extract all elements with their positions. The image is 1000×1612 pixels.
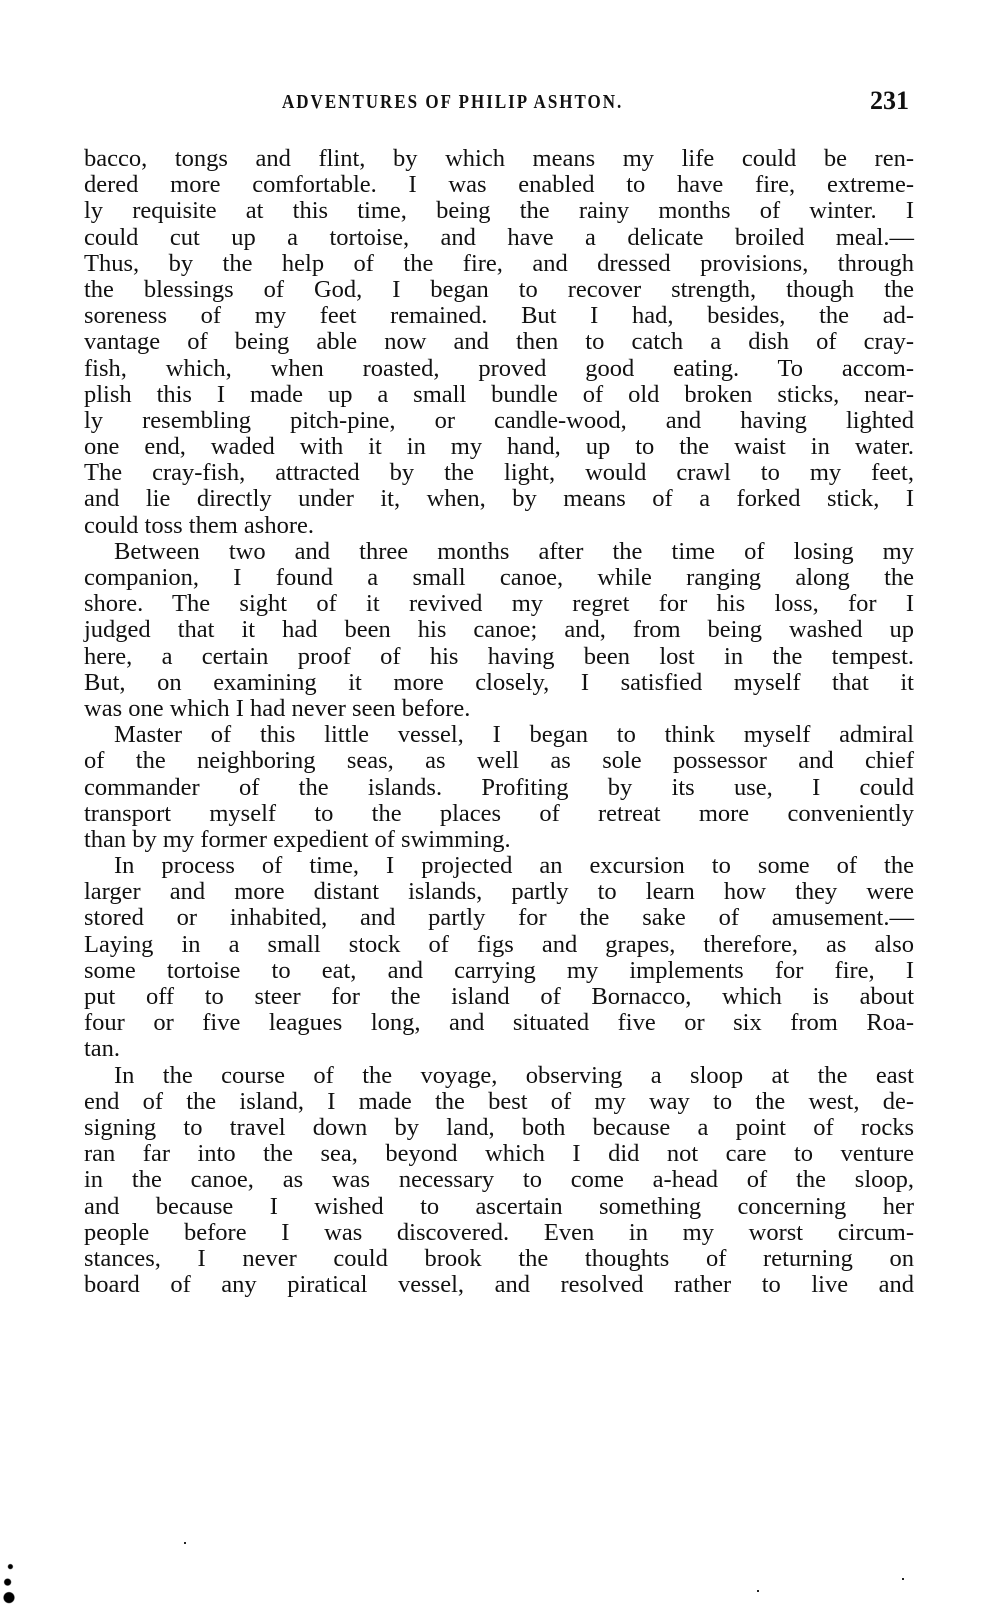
text-line: ly resembling pitch-pine, or candle-wood… [84, 408, 914, 434]
text-line: But, on examining it more closely, I sat… [84, 670, 914, 696]
text-line: end of the island, I made the best of my… [84, 1089, 914, 1115]
text-line: tan. [84, 1036, 914, 1062]
text-line: shore. The sight of it revived my regret… [84, 591, 914, 617]
text-line: In the course of the voyage, observing a… [84, 1063, 914, 1089]
text-line: transport myself to the places of retrea… [84, 801, 914, 827]
text-line: dered more comfortable. I was enabled to… [84, 172, 914, 198]
page-number: 231 [870, 86, 909, 116]
text-line: companion, I found a small canoe, while … [84, 565, 914, 591]
text-line: people before I was discovered. Even in … [84, 1220, 914, 1246]
text-line: Master of this little vessel, I began to… [84, 722, 914, 748]
text-line: soreness of my feet remained. But I had,… [84, 303, 914, 329]
scan-artifact-mark [2, 1548, 16, 1610]
text-line: bacco, tongs and flint, by which means m… [84, 146, 914, 172]
text-line: In process of time, I projected an excur… [84, 853, 914, 879]
text-line: ly requisite at this time, being the rai… [84, 198, 914, 224]
text-line: could toss them ashore. [84, 513, 914, 539]
paragraph: In the course of the voyage, observing a… [84, 1063, 914, 1299]
text-line: put off to steer for the island of Borna… [84, 984, 914, 1010]
text-line: was one which I had never seen before. [84, 696, 914, 722]
text-line: could cut up a tortoise, and have a deli… [84, 225, 914, 251]
scan-speck [757, 1590, 759, 1592]
text-line: board of any piratical vessel, and resol… [84, 1272, 914, 1298]
text-line: plish this I made up a small bundle of o… [84, 382, 914, 408]
text-line: of the neighboring seas, as well as sole… [84, 748, 914, 774]
scan-speck [184, 1542, 186, 1544]
text-line: stored or inhabited, and partly for the … [84, 905, 914, 931]
text-line: Between two and three months after the t… [84, 539, 914, 565]
text-line: signing to travel down by land, both bec… [84, 1115, 914, 1141]
text-line: Laying in a small stock of figs and grap… [84, 932, 914, 958]
paragraph: Between two and three months after the t… [84, 539, 914, 722]
text-line: and because I wished to ascertain someth… [84, 1194, 914, 1220]
body-text: bacco, tongs and flint, by which means m… [84, 146, 914, 1298]
paragraph: Master of this little vessel, I began to… [84, 722, 914, 853]
text-line: judged that it had been his canoe; and, … [84, 617, 914, 643]
text-line: one end, waded with it in my hand, up to… [84, 434, 914, 460]
text-line: The cray-fish, attracted by the light, w… [84, 460, 914, 486]
running-head-title: ADVENTURES OF PHILIP ASHTON. [282, 91, 623, 114]
text-line: than by my former expedient of swimming. [84, 827, 914, 853]
text-line: in the canoe, as was necessary to come a… [84, 1167, 914, 1193]
text-line: Thus, by the help of the fire, and dress… [84, 251, 914, 277]
text-line: some tortoise to eat, and carrying my im… [84, 958, 914, 984]
text-line: commander of the islands. Profiting by i… [84, 775, 914, 801]
text-line: larger and more distant islands, partly … [84, 879, 914, 905]
text-line: and lie directly under it, when, by mean… [84, 486, 914, 512]
text-line: ran far into the sea, beyond which I did… [84, 1141, 914, 1167]
text-line: stances, I never could brook the thought… [84, 1246, 914, 1272]
text-line: the blessings of God, I began to recover… [84, 277, 914, 303]
paragraph: bacco, tongs and flint, by which means m… [84, 146, 914, 539]
scan-speck [902, 1578, 904, 1580]
text-line: four or five leagues long, and situated … [84, 1010, 914, 1036]
text-line: fish, which, when roasted, proved good e… [84, 356, 914, 382]
text-line: here, a certain proof of his having been… [84, 644, 914, 670]
text-line: vantage of being able now and then to ca… [84, 329, 914, 355]
paragraph: In process of time, I projected an excur… [84, 853, 914, 1063]
book-page: ADVENTURES OF PHILIP ASHTON. 231 bacco, … [0, 0, 1000, 1612]
